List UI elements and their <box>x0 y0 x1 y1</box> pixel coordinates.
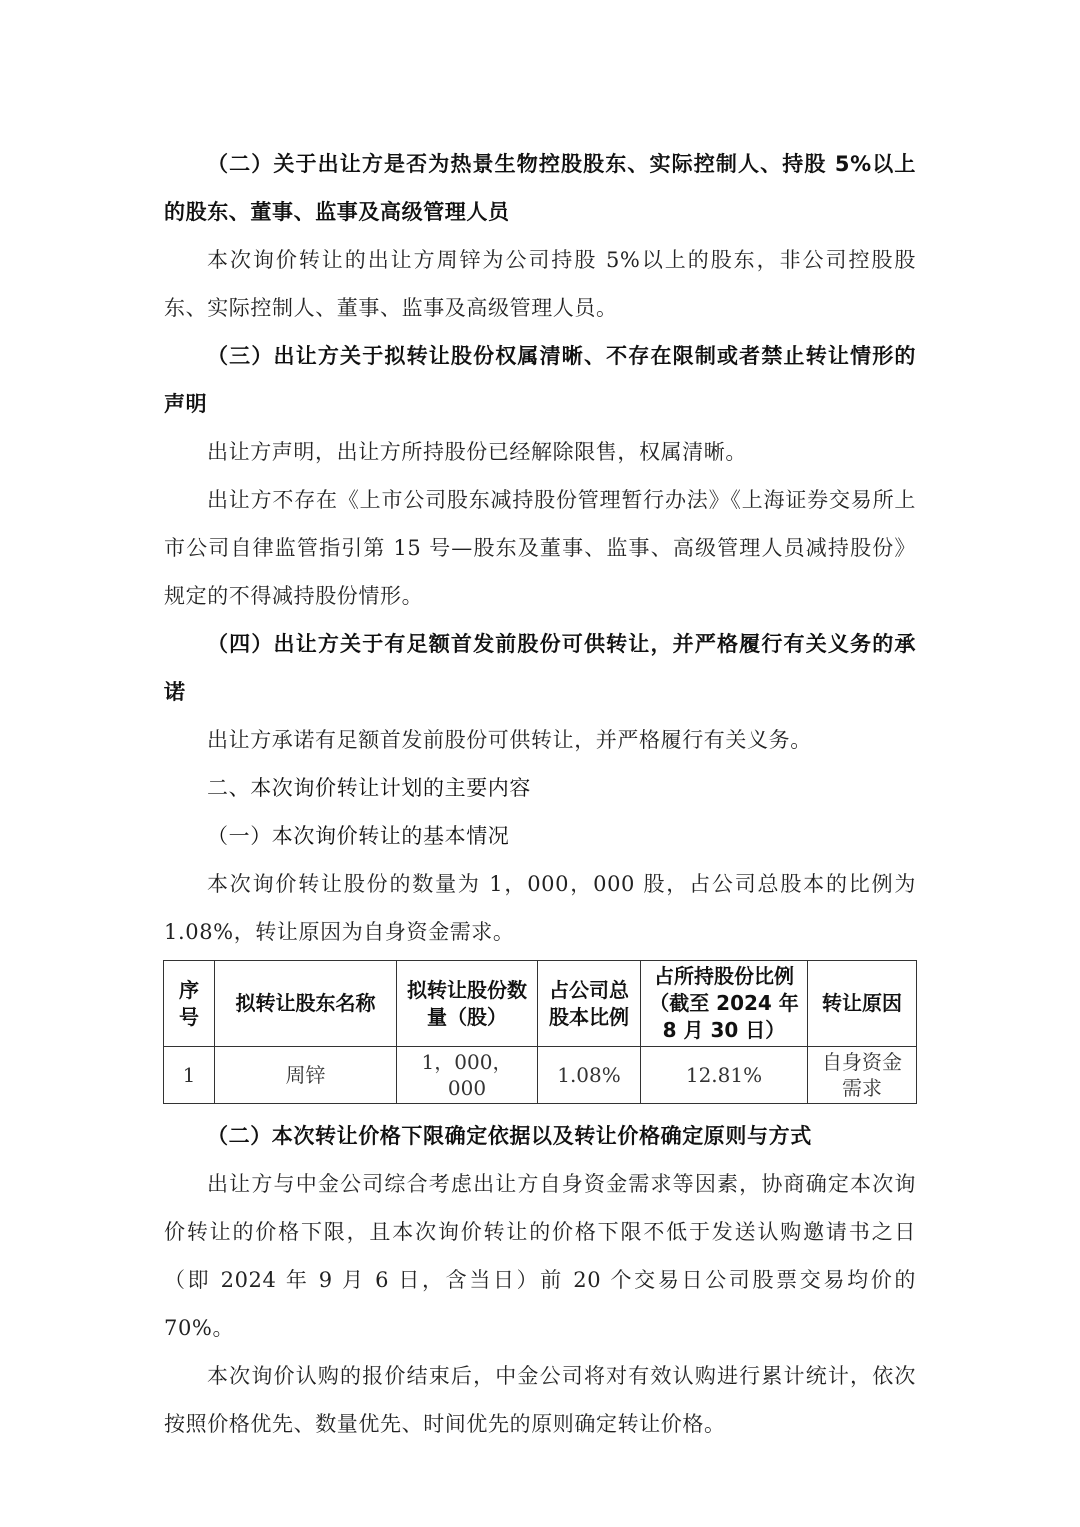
paragraph-shareholder-status: 本次询价转让的出让方周锌为公司持股 5%以上的股东，非公司控股股东、实际控制人、… <box>164 236 916 332</box>
table-row: 1 周锌 1，000，000 1.08% 12.81% 自身资金需求 <box>164 1047 917 1104</box>
paragraph-basic-info: 本次询价转让股份的数量为 1，000，000 股，占公司总股本的比例为 1.08… <box>164 860 916 956</box>
cell-transfer-reason: 自身资金需求 <box>808 1047 917 1104</box>
header-no: 序号 <box>164 961 215 1047</box>
paragraph-price-principle: 本次询价认购的报价结束后，中金公司将对有效认购进行累计统计，依次按照价格优先、数… <box>164 1352 916 1448</box>
cell-shareholder-name: 周锌 <box>215 1047 397 1104</box>
header-pct-total-capital: 占公司总股本比例 <box>538 961 641 1047</box>
section-heading-shareholder-status: （二）关于出让方是否为热景生物控股股东、实际控制人、持股 5%以上的股东、董事、… <box>164 140 916 236</box>
paragraph-ownership-declaration: 出让方声明，出让方所持股份已经解除限售，权属清晰。 <box>164 428 916 476</box>
header-share-quantity: 拟转让股份数量（股） <box>397 961 538 1047</box>
document-page: （二）关于出让方是否为热景生物控股股东、实际控制人、持股 5%以上的股东、董事、… <box>164 140 916 1448</box>
header-shareholder-name: 拟转让股东名称 <box>215 961 397 1047</box>
cell-no: 1 <box>164 1047 215 1104</box>
section-heading-ownership-declaration: （三）出让方关于拟转让股份权属清晰、不存在限制或者禁止转让情形的声明 <box>164 332 916 428</box>
table-header-row: 序号 拟转让股东名称 拟转让股份数量（股） 占公司总股本比例 占所持股份比例（截… <box>164 961 917 1047</box>
cell-pct-held-shares: 12.81% <box>641 1047 808 1104</box>
paragraph-price-floor: 出让方与中金公司综合考虑出让方自身资金需求等因素，协商确定本次询价转让的价格下限… <box>164 1160 916 1352</box>
header-transfer-reason: 转让原因 <box>808 961 917 1047</box>
section-heading-basic-info: （一）本次询价转让的基本情况 <box>164 812 916 860</box>
paragraph-no-restriction: 出让方不存在《上市公司股东减持股份管理暂行办法》《上海证券交易所上市公司自律监管… <box>164 476 916 620</box>
cell-pct-total-capital: 1.08% <box>538 1047 641 1104</box>
header-pct-held-shares: 占所持股份比例（截至 2024 年 8 月 30 日） <box>641 961 808 1047</box>
section-heading-commitment: （四）出让方关于有足额首发前股份可供转让，并严格履行有关义务的承诺 <box>164 620 916 716</box>
transfer-table: 序号 拟转让股东名称 拟转让股份数量（股） 占公司总股本比例 占所持股份比例（截… <box>163 960 917 1104</box>
paragraph-commitment: 出让方承诺有足额首发前股份可供转让，并严格履行有关义务。 <box>164 716 916 764</box>
cell-share-quantity: 1，000，000 <box>397 1047 538 1104</box>
part-heading-transfer-plan: 二、本次询价转让计划的主要内容 <box>164 764 916 812</box>
section-heading-price-basis: （二）本次转让价格下限确定依据以及转让价格确定原则与方式 <box>164 1112 916 1160</box>
